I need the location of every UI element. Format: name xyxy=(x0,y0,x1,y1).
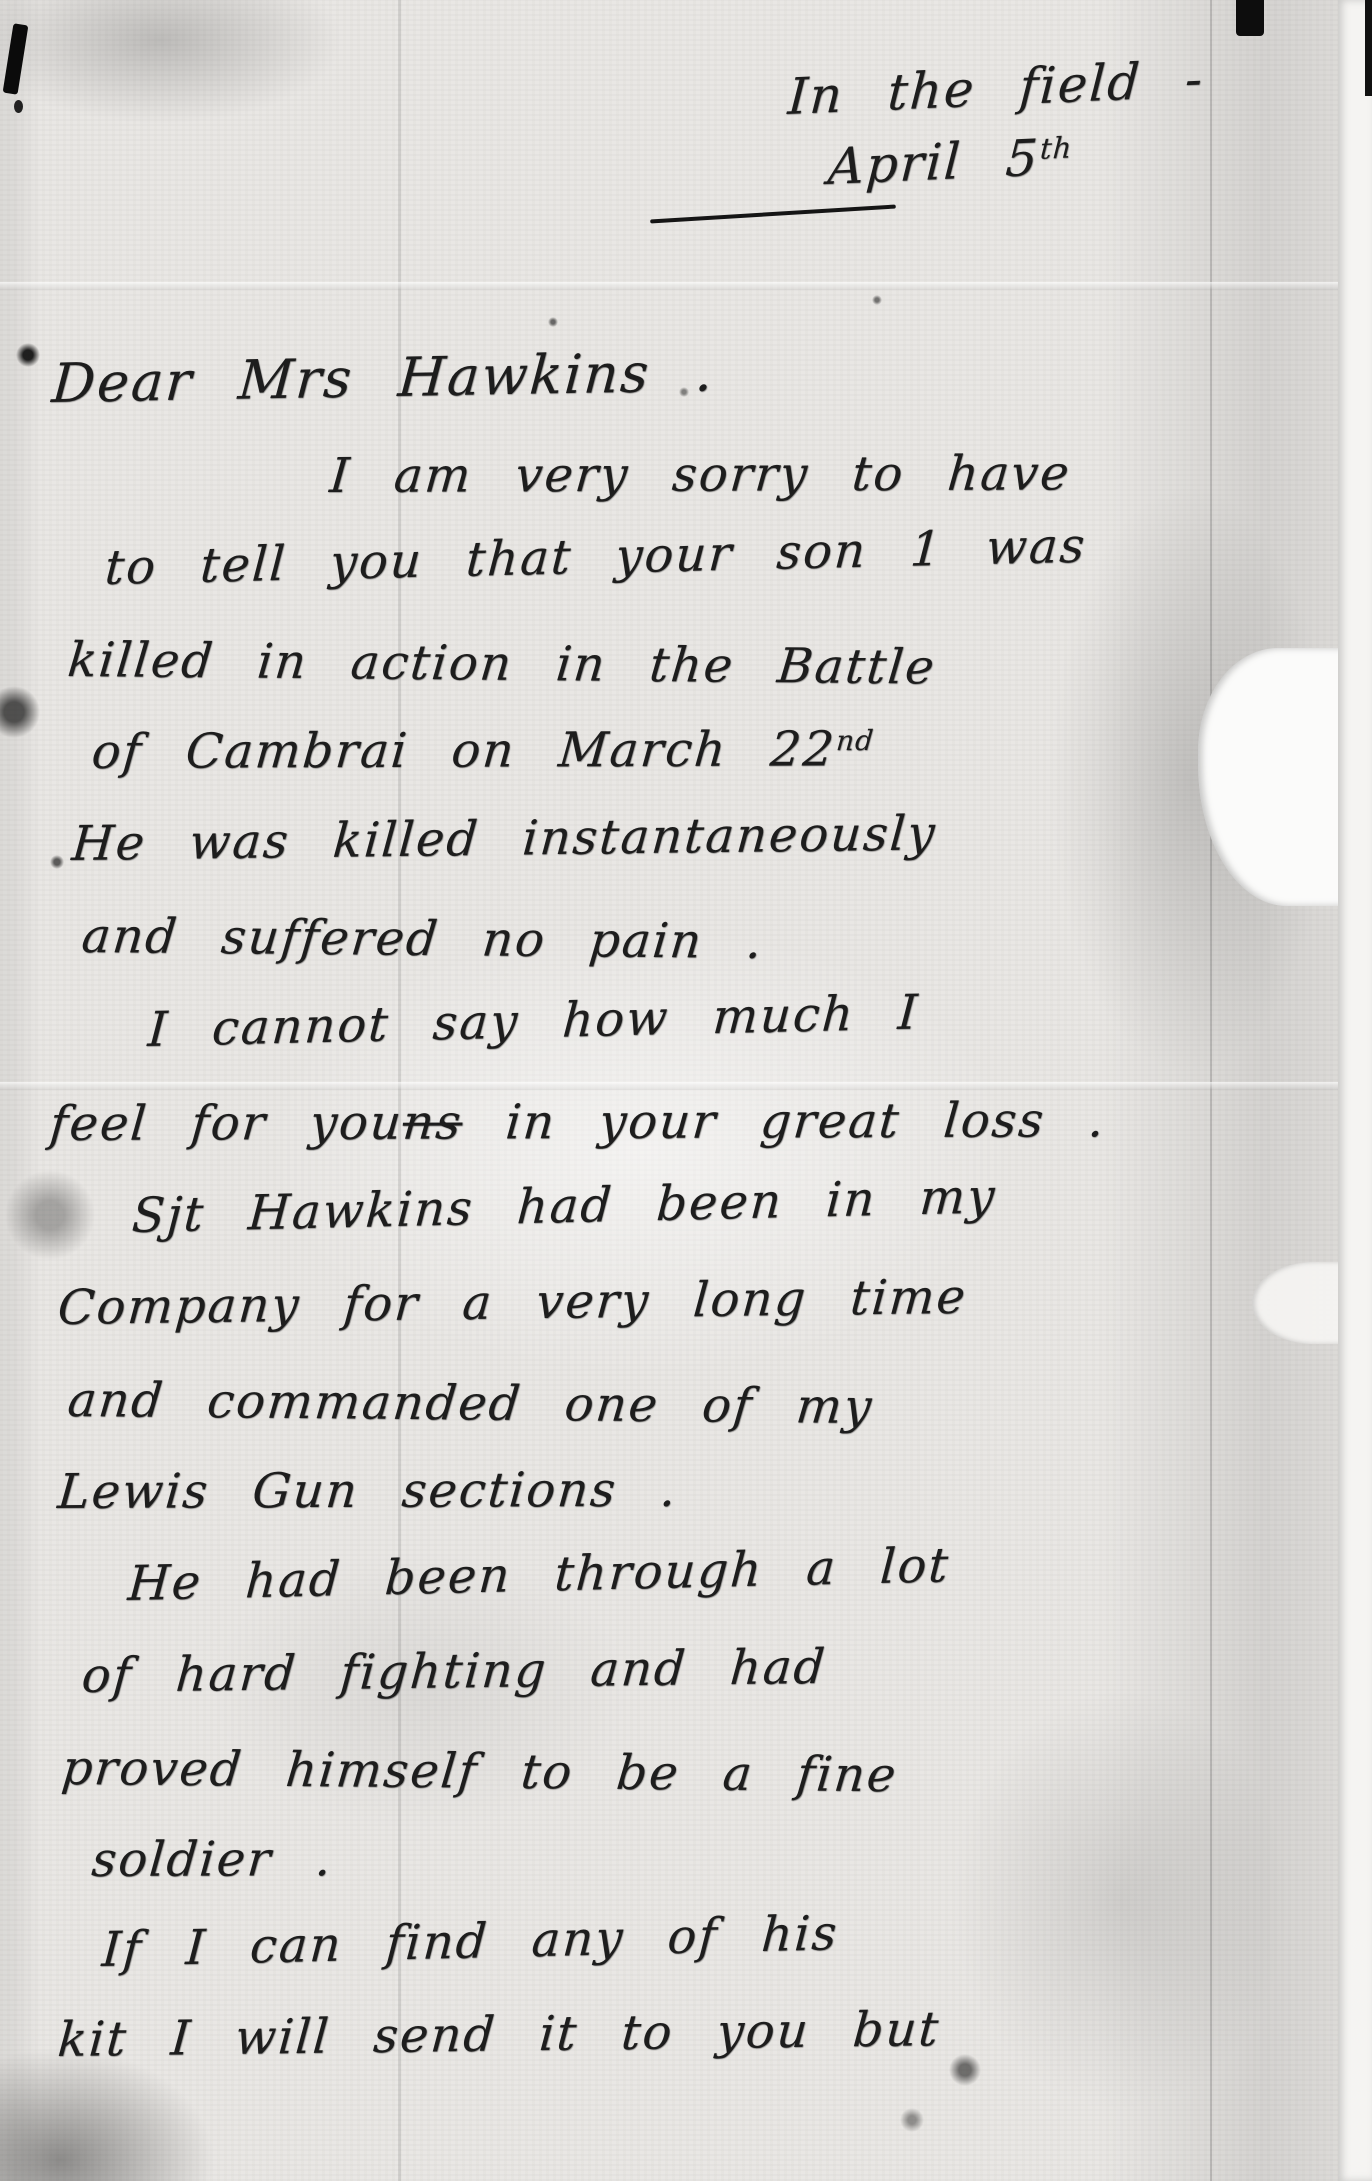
scan-edge-mark-right xyxy=(1365,0,1372,96)
letter-line: and suffered no pain . xyxy=(79,908,766,970)
dateline-date: April 5th xyxy=(826,127,1073,196)
letter-line-text: of hard fighting and had xyxy=(80,1639,829,1704)
letter-line: soldier . xyxy=(90,1831,336,1888)
struck-word-correction: ns xyxy=(401,1095,465,1151)
letter-line: proved himself to be a fine xyxy=(59,1740,900,1803)
crease-horizontal-top xyxy=(0,282,1372,290)
letter-line: of hard fighting and had xyxy=(80,1639,829,1704)
dateline-date-text: April 5 xyxy=(826,129,1041,196)
scan-right-margin xyxy=(1338,0,1372,2181)
letter-line-text-after: in your great loss . xyxy=(460,1092,1108,1150)
letter-line-text: He was killed instantaneously xyxy=(70,805,939,872)
ordinal-superscript: nd xyxy=(835,724,876,757)
letter-line: of Cambrai on March 22nd xyxy=(90,721,876,780)
letter-line-text: feel for you xyxy=(48,1095,406,1152)
scanned-letter-page: In the field - April 5th Dear Mrs Hawkin… xyxy=(0,0,1372,2181)
letter-line: Lewis Gun sections . xyxy=(56,1462,680,1520)
letter-line-text: proved himself to be a fine xyxy=(59,1740,900,1803)
letter-line: kit I will send it to you but xyxy=(56,2001,942,2068)
letter-line-text: and commanded one of my xyxy=(65,1372,875,1435)
letter-line-text: soldier . xyxy=(90,1831,336,1888)
letter-line: killed in action in the Battle xyxy=(65,632,938,696)
fold-line-vertical-right xyxy=(1210,0,1212,2181)
letter-line-text: kit I will send it to you but xyxy=(56,2001,942,2068)
letter-line-text: killed in action in the Battle xyxy=(65,632,938,696)
letter-line-text: Lewis Gun sections . xyxy=(56,1462,680,1520)
salutation-text: Dear Mrs Hawkins . xyxy=(50,340,717,415)
letter-line: He was killed instantaneously xyxy=(70,805,939,872)
letter-line-text: and suffered no pain . xyxy=(79,908,766,970)
letter-line-text: Company for a very long time xyxy=(56,1269,969,1336)
letter-line: feel for youns in your great loss . xyxy=(48,1092,1108,1152)
letter-line: I am very sorry to have xyxy=(328,445,1073,504)
fold-line-vertical-left xyxy=(398,0,401,2181)
salutation-line: Dear Mrs Hawkins . xyxy=(50,340,717,415)
letter-line: Company for a very long time xyxy=(56,1269,969,1336)
letter-line: and commanded one of my xyxy=(65,1372,875,1435)
ink-blot-top-left xyxy=(14,100,23,113)
letter-line-text: of Cambrai on March 22 xyxy=(90,721,838,780)
scan-edge-mark-top-right xyxy=(1236,0,1264,36)
crease-horizontal-middle xyxy=(0,1082,1372,1090)
letter-line-text: I am very sorry to have xyxy=(328,445,1073,504)
dateline-date-superscript: th xyxy=(1039,130,1073,166)
